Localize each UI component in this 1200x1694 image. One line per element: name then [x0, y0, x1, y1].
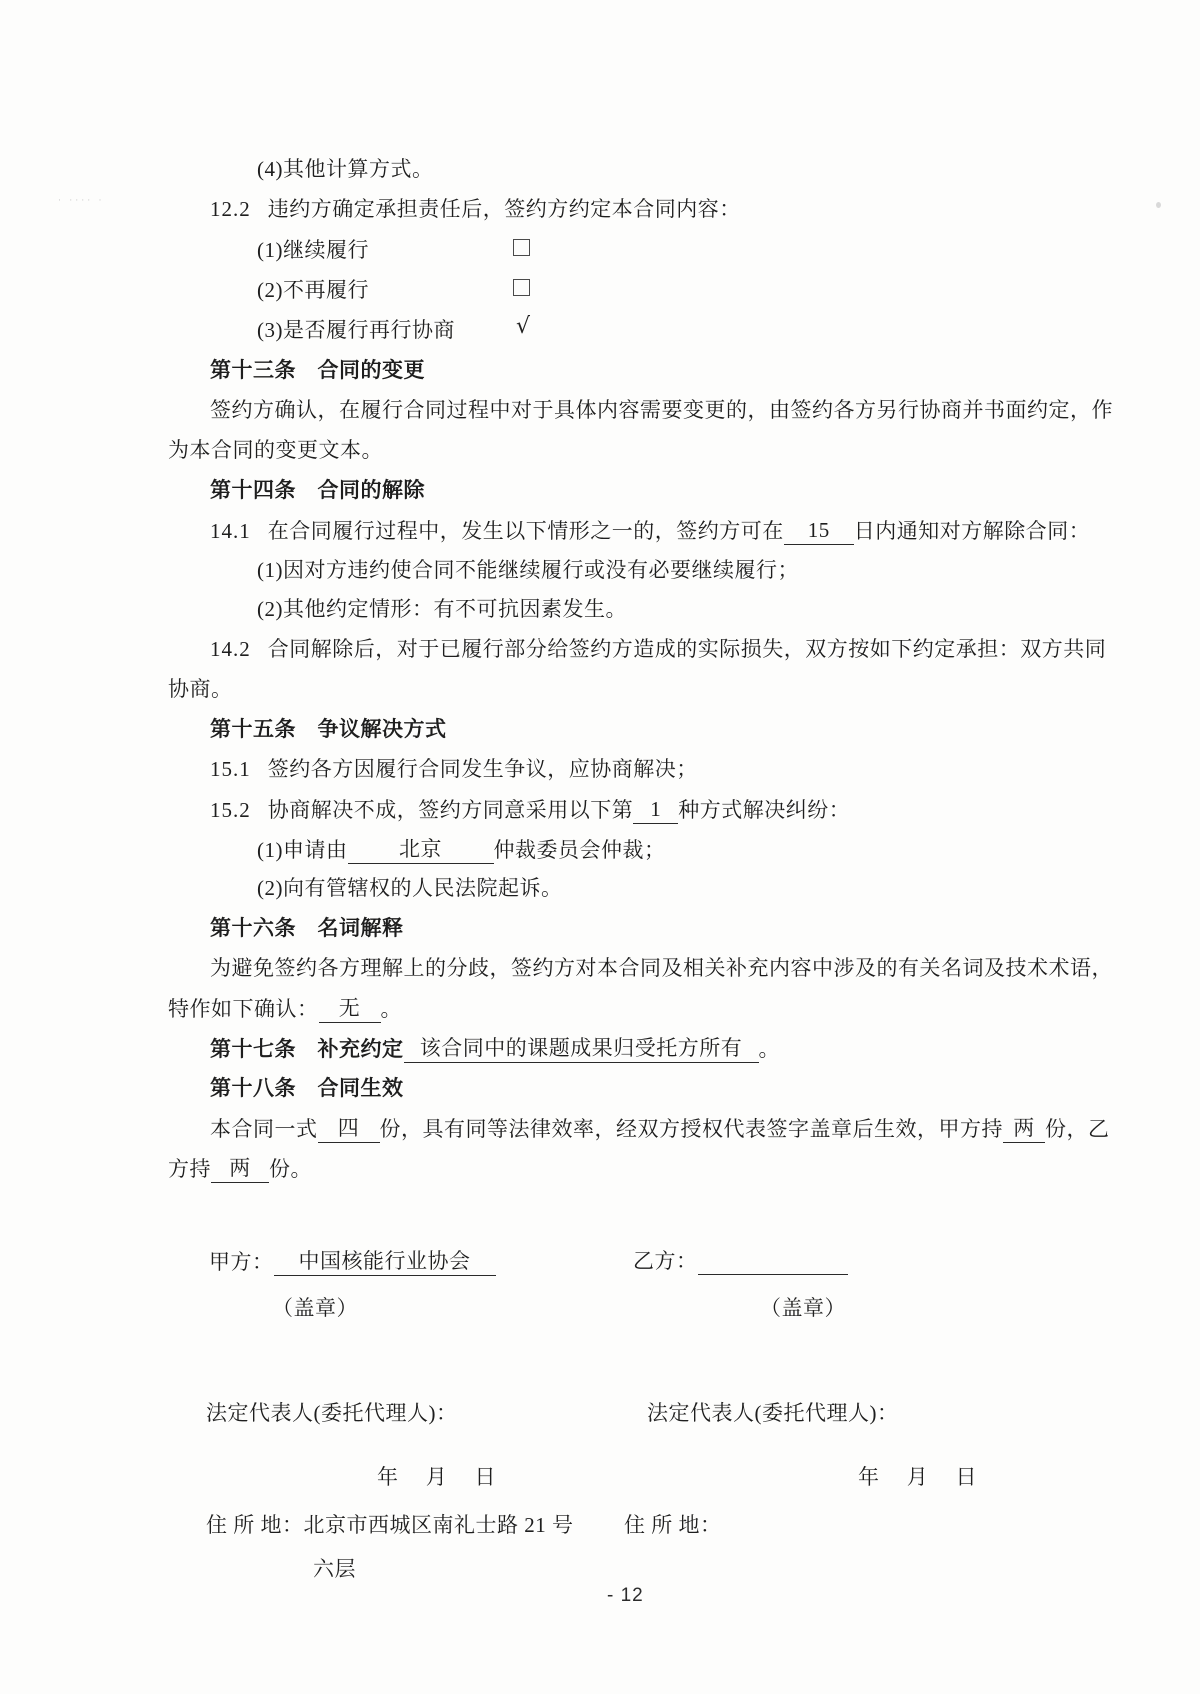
- party-b-copies-fill: 两: [211, 1155, 269, 1183]
- copies-post: 份，乙: [1045, 1117, 1110, 1141]
- scan-speck: [1156, 202, 1161, 208]
- clause-14-2-continuation: 协商。: [168, 676, 233, 703]
- option-continue-performance: (1)继续履行: [257, 237, 369, 264]
- arbitration-pre: (1)申请由: [257, 838, 348, 862]
- clause-18-body-2: 方持两份。: [168, 1155, 312, 1183]
- clause-14-1-item-1: (1)因对方违约使合同不能继续履行或没有必要继续履行；: [257, 557, 799, 584]
- clause-15-2-pre: 协商解决不成，签约方同意采用以下第: [268, 798, 634, 822]
- option-negotiate-again: (3)是否履行再行协商: [257, 317, 455, 344]
- legal-representative-right: 法定代表人(委托代理人)：: [647, 1400, 899, 1427]
- party-b-copies-pre: 方持: [168, 1157, 211, 1181]
- date-line-right: 年 月 日: [858, 1464, 977, 1491]
- clause-15-2-number: 15.2: [210, 797, 251, 824]
- clause-15-heading: 第十五条 争议解决方式: [210, 716, 447, 743]
- clause-14-1-pre: 在合同履行过程中，发生以下情形之一的，签约方可在: [268, 519, 784, 543]
- clause-14-1-item-2: (2)其他约定情形：有不可抗因素发生。: [257, 596, 627, 623]
- address-floor: 六层: [313, 1556, 356, 1583]
- terms-confirm-fill: 无: [319, 995, 381, 1023]
- checkbox-continue-performance: [513, 239, 530, 256]
- clause-15-1-text: 签约各方因履行合同发生争议，应协商解决；: [268, 757, 698, 781]
- seal-label-left: （盖章）: [272, 1295, 358, 1322]
- clause-12-2: 12.2违约方确定承担责任后，签约方约定本合同内容：: [210, 196, 741, 223]
- party-b-copies-post: 份。: [269, 1157, 312, 1181]
- arbitration-city-fill: 北京: [348, 836, 494, 864]
- legal-representative-left: 法定代表人(委托代理人)：: [206, 1400, 458, 1427]
- clause-13-body-2: 为本合同的变更文本。: [168, 437, 383, 464]
- checkbox-no-further-performance: [513, 279, 530, 296]
- clause-14-1-post: 日内通知对方解除合同：: [854, 519, 1091, 543]
- page-number: - 12: [607, 1585, 644, 1607]
- terms-confirm-pre: 特作如下确认：: [168, 997, 319, 1021]
- address-row-left: 住 所 地：北京市西城区南礼士路 21 号: [206, 1512, 574, 1539]
- clause-15-1-number: 15.1: [210, 756, 251, 783]
- clause-15-1: 15.1签约各方因履行合同发生争议，应协商解决；: [210, 756, 698, 783]
- clause-14-2-text: 合同解除后，对于已履行部分给签约方造成的实际损失，双方按如下约定承担：双方共同: [268, 637, 1107, 661]
- clause-14-1: 14.1在合同履行过程中，发生以下情形之一的，签约方可在15日内通知对方解除合同…: [210, 517, 1090, 545]
- clause-16-body-2: 特作如下确认：无。: [168, 995, 402, 1023]
- supplementary-agreement-fill: 该合同中的课题成果归受托方所有: [404, 1035, 759, 1063]
- scan-artifact-mark: · ···· ·: [58, 195, 104, 205]
- clause-15-2-item-2: (2)向有管辖权的人民法院起诉。: [257, 875, 563, 902]
- address-left-value: 北京市西城区南礼士路 21 号: [304, 1513, 574, 1537]
- address-row-right: 住 所 地：: [624, 1512, 722, 1539]
- clause-12-item-4: (4)其他计算方式。: [257, 156, 434, 183]
- copies-mid: 份，具有同等法律效率，经双方授权代表签字盖章后生效，甲方持: [380, 1117, 1004, 1141]
- party-a-name-fill: 中国核能行业协会: [274, 1248, 496, 1276]
- clause-16-heading: 第十六条 名词解释: [210, 915, 404, 942]
- dispute-method-fill: 1: [633, 796, 678, 824]
- clause-17-heading: 第十七条 补充约定: [210, 1037, 404, 1061]
- arbitration-post: 仲裁委员会仲裁；: [494, 838, 666, 862]
- clause-17-post: 。: [759, 1037, 781, 1061]
- party-b-row: 乙方：: [633, 1248, 848, 1275]
- address-left-label: 住 所 地：: [206, 1513, 304, 1537]
- terms-confirm-post: 。: [381, 997, 403, 1021]
- clause-14-heading: 第十四条 合同的解除: [210, 477, 425, 504]
- clause-18-body-1: 本合同一式四份，具有同等法律效率，经双方授权代表签字盖章后生效，甲方持两份，乙: [210, 1115, 1110, 1143]
- contract-page: · ···· · (4)其他计算方式。 12.2违约方确定承担责任后，签约方约定…: [0, 0, 1200, 1694]
- copies-pre: 本合同一式: [210, 1117, 318, 1141]
- seal-label-right: （盖章）: [760, 1295, 846, 1322]
- clause-17: 第十七条 补充约定该合同中的课题成果归受托方所有。: [210, 1035, 780, 1063]
- clause-12-2-text: 违约方确定承担责任后，签约方约定本合同内容：: [268, 197, 741, 221]
- party-a-copies-fill: 两: [1003, 1115, 1045, 1143]
- clause-14-1-number: 14.1: [210, 518, 251, 545]
- clause-18-heading: 第十八条 合同生效: [210, 1075, 404, 1102]
- clause-15-2-post: 种方式解决纠纷：: [678, 798, 850, 822]
- party-b-label: 乙方：: [633, 1249, 698, 1273]
- clause-14-2-number: 14.2: [210, 636, 251, 663]
- clause-15-2: 15.2协商解决不成，签约方同意采用以下第1种方式解决纠纷：: [210, 796, 850, 824]
- copies-total-fill: 四: [318, 1115, 380, 1143]
- option-no-further-performance: (2)不再履行: [257, 277, 369, 304]
- clause-16-body-1: 为避免签约各方理解上的分歧，签约方对本合同及相关补充内容中涉及的有关名词及技术术…: [210, 955, 1113, 982]
- party-b-name-fill: [698, 1274, 848, 1275]
- clause-12-2-number: 12.2: [210, 196, 251, 223]
- clause-15-2-item-1: (1)申请由北京仲裁委员会仲裁；: [257, 836, 666, 864]
- checkmark-icon: √: [516, 314, 530, 339]
- clause-13-heading: 第十三条 合同的变更: [210, 357, 425, 384]
- notice-days-fill: 15: [784, 517, 854, 545]
- party-a-row: 甲方：中国核能行业协会: [209, 1248, 496, 1276]
- clause-14-2: 14.2合同解除后，对于已履行部分给签约方造成的实际损失，双方按如下约定承担：双…: [210, 636, 1106, 663]
- clause-13-body-1: 签约方确认，在履行合同过程中对于具体内容需要变更的，由签约各方另行协商并书面约定…: [210, 397, 1113, 424]
- party-a-label: 甲方：: [209, 1250, 274, 1274]
- date-line-left: 年 月 日: [377, 1464, 496, 1491]
